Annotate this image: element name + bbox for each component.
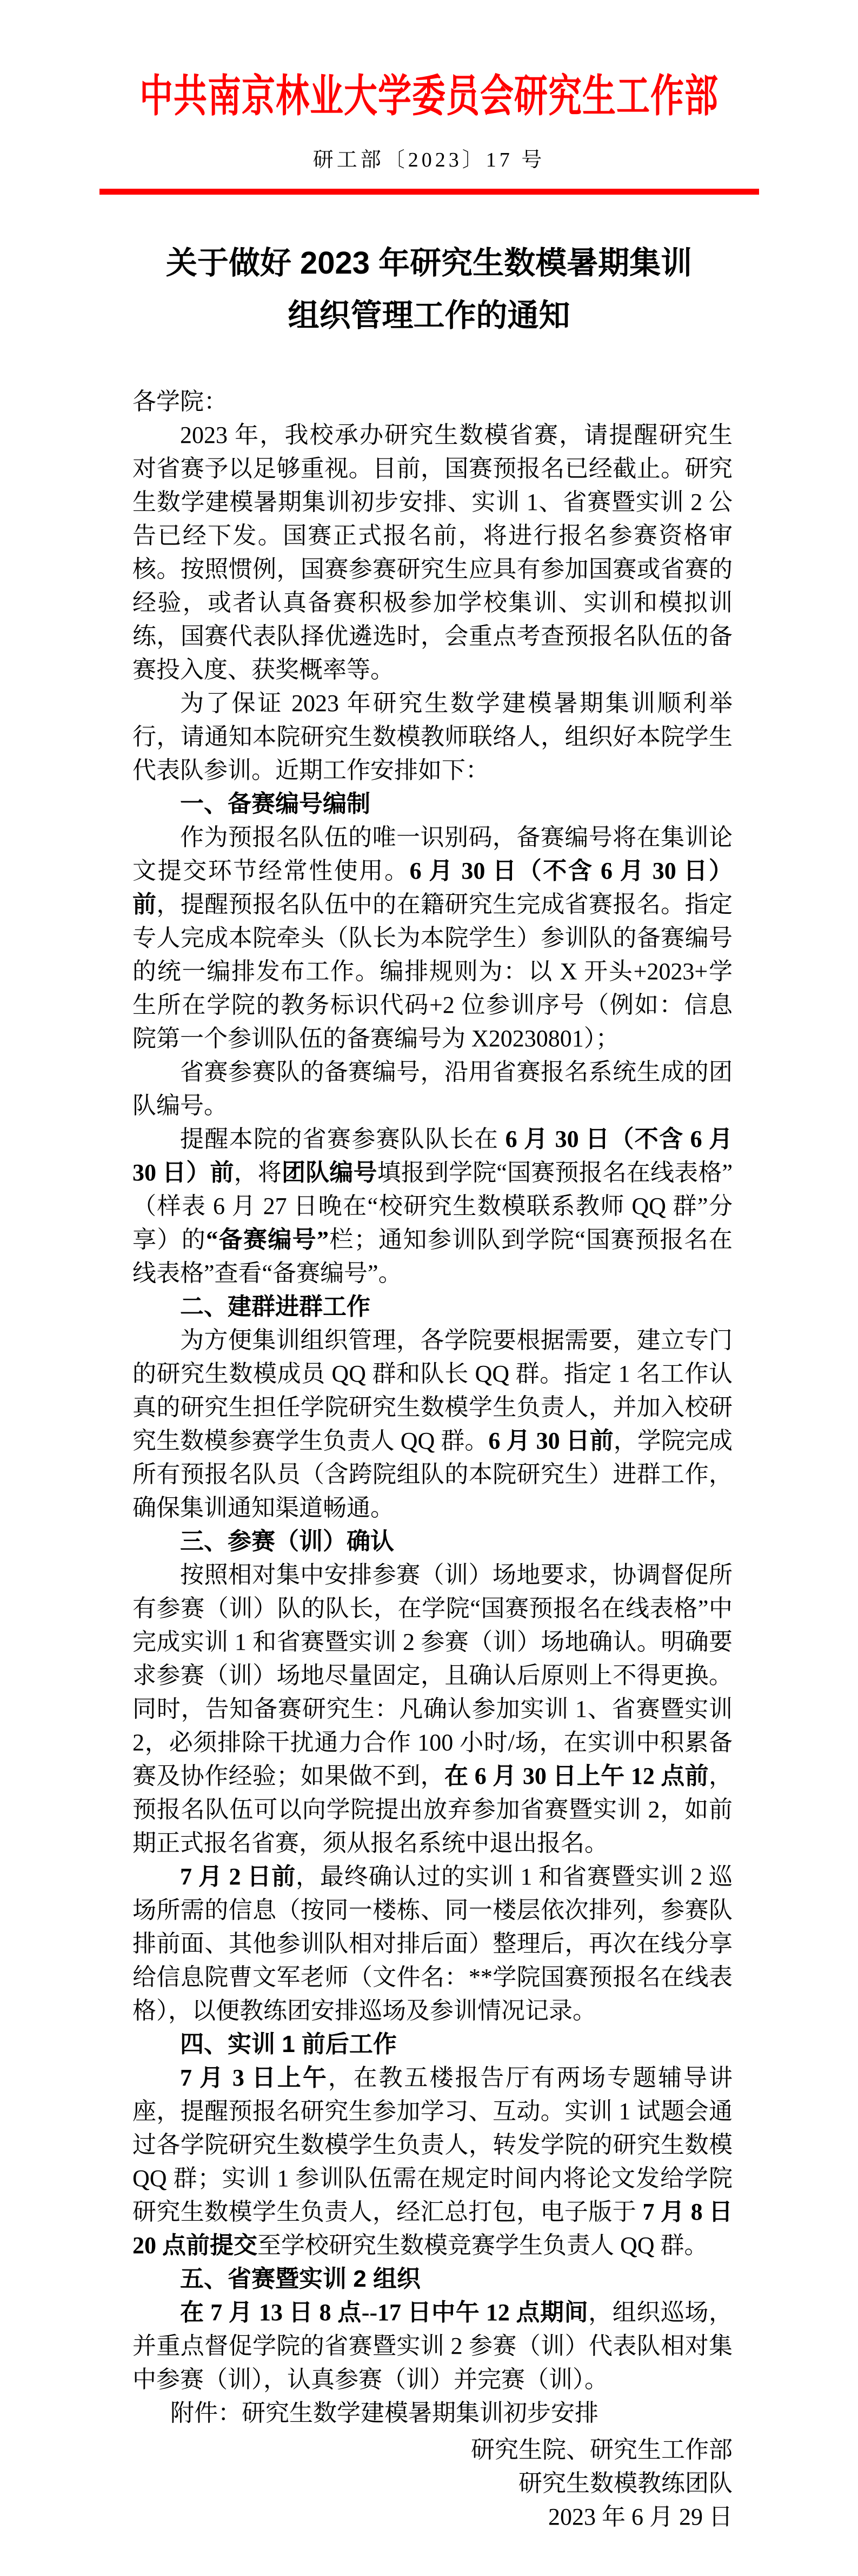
signature-team: 研究生数模教练团队: [132, 2467, 733, 2500]
paragraph-intro-1: 2023 年，我校承办研究生数模省赛，请提醒研究生对省赛予以足够重视。目前，国赛…: [132, 419, 733, 687]
section-heading-2: 二、建群进群工作: [132, 1290, 733, 1324]
section-heading-4: 四、实训 1 前后工作: [132, 2028, 733, 2061]
document-page: 中共南京林业大学委员会研究生工作部 研工部〔2023〕17 号 关于做好 202…: [0, 0, 858, 2576]
paragraph-training1: 7 月 3 日上午，在教五楼报告厅有两场专题辅导讲座，提醒预报名研究生参加学习、…: [132, 2061, 733, 2262]
text-run: 提醒本院的省赛参赛队队长在: [180, 1126, 506, 1152]
paragraph-qq-groups: 为方便集训组织管理，各学院要根据需要，建立专门的研究生数模成员 QQ 群和队长 …: [132, 1324, 733, 1525]
signature-org: 研究生院、研究生工作部: [132, 2433, 733, 2467]
text-run-bold: 在 6 月 30 日上午 12 点前: [444, 1763, 709, 1789]
signature-block: 研究生院、研究生工作部 研究生数模教练团队 2023 年 6 月 29 日: [132, 2433, 733, 2534]
red-separator-line: [99, 189, 759, 195]
attachment-note: 附件：研究生数学建模暑期集训初步安排: [132, 2396, 733, 2430]
org-title: 中共南京林业大学委员会研究生工作部: [0, 61, 858, 124]
text-run: 按照相对集中安排参赛（训）场地要求，协调督促所有参赛（训）队的队长，在学院“国赛…: [132, 1562, 733, 1789]
text-run-bold: 在 7 月 13 日 8 点--17 日中午 12 点期间: [180, 2299, 588, 2326]
text-run: ，将: [234, 1159, 282, 1186]
text-run-bold: “备赛编号”: [206, 1226, 329, 1253]
section-heading-3: 三、参赛（训）确认: [132, 1525, 733, 1558]
paragraph-province-contest: 在 7 月 13 日 8 点--17 日中午 12 点期间，组织巡场，并重点督促…: [132, 2296, 733, 2396]
doc-title: 关于做好 2023 年研究生数模暑期集训 组织管理工作的通知: [0, 237, 858, 342]
text-run: ，提醒预报名队伍中的在籍研究生完成省赛报名。指定专人完成本院牵头（队长为本院学生…: [132, 891, 733, 1052]
section-heading-5: 五、省赛暨实训 2 组织: [132, 2262, 733, 2296]
paragraph-province-number: 省赛参赛队的备赛编号，沿用省赛报名系统生成的团队编号。: [132, 1055, 733, 1123]
document-body: 各学院： 2023 年，我校承办研究生数模省赛，请提醒研究生对省赛予以足够重视。…: [132, 385, 733, 2534]
doc-number: 研工部〔2023〕17 号: [0, 143, 858, 172]
text-run: 省赛参赛队的备赛编号，沿用省赛报名系统生成的团队编号。: [132, 1059, 733, 1119]
text-run: 为了保证 2023 年研究生数学建模暑期集训顺利举行，请通知本院研究生数模教师联…: [132, 690, 733, 784]
paragraph-patrol-info: 7 月 2 日前，最终确认过的实训 1 和省赛暨实训 2 巡场所需的信息（按同一…: [132, 1860, 733, 2028]
text-run-bold: 7 月 3 日上午: [180, 2064, 328, 2091]
paragraph-confirmation: 按照相对集中安排参赛（训）场地要求，协调督促所有参赛（训）队的队长，在学院“国赛…: [132, 1558, 733, 1860]
section-heading-1: 一、备赛编号编制: [132, 787, 733, 821]
doc-title-line1: 关于做好 2023 年研究生数模暑期集训: [0, 237, 858, 289]
salutation: 各学院：: [132, 385, 733, 419]
text-run: 2023 年，我校承办研究生数模省赛，请提醒研究生对省赛予以足够重视。目前，国赛…: [132, 422, 733, 683]
paragraph-numbering-rule: 作为预报名队伍的唯一识别码，备赛编号将在集训论文提交环节经常性使用。6 月 30…: [132, 821, 733, 1055]
doc-title-line2: 组织管理工作的通知: [0, 289, 858, 342]
text-run-bold: 6 月 30 日前: [488, 1428, 613, 1454]
doc-date: 2023 年 6 月 29 日: [132, 2500, 733, 2534]
text-run-bold: 7 月 2 日前: [180, 1863, 296, 1890]
paragraph-intro-2: 为了保证 2023 年研究生数学建模暑期集训顺利举行，请通知本院研究生数模教师联…: [132, 687, 733, 787]
paragraph-number-report: 提醒本院的省赛参赛队队长在 6 月 30 日（不含 6 月 30 日）前，将团队…: [132, 1123, 733, 1290]
text-run-bold: 团队编号: [282, 1159, 377, 1186]
text-run: 至学校研究生数模竞赛学生负责人 QQ 群。: [257, 2232, 708, 2259]
